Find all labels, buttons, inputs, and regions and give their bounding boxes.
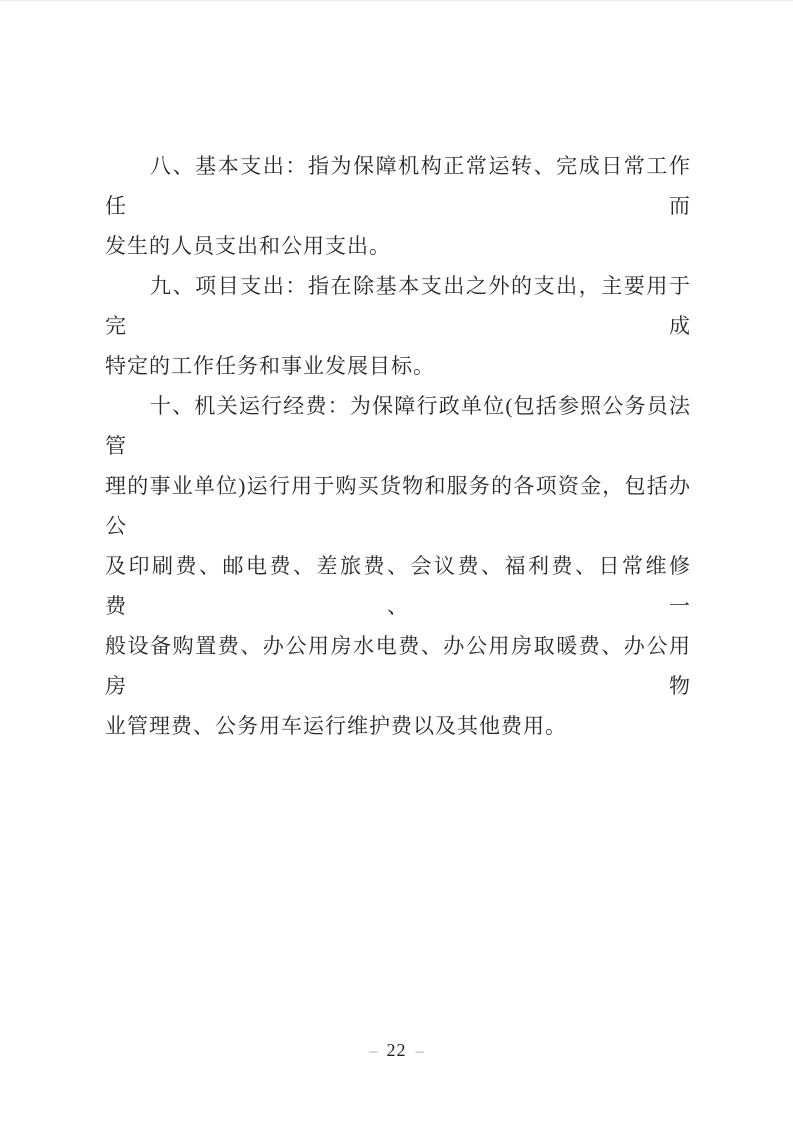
text-line-3: 九、项目支出：指在除基本支出之外的支出，主要用于完成 <box>105 266 691 346</box>
text-line-5: 十、机关运行经费：为保障行政单位(包括参照公务员法管 <box>105 386 691 466</box>
text-line-7: 及印刷费、邮电费、差旅费、会议费、福利费、日常维修费、一 <box>105 546 691 626</box>
text-line-1: 八、基本支出：指为保障机构正常运转、完成日常工作任而 <box>105 146 691 226</box>
page-footer: –22– <box>0 1038 793 1062</box>
page-number-dash-right: – <box>416 1041 425 1060</box>
text-line-8: 般设备购置费、办公用房水电费、办公用房取暖费、办公用房物 <box>105 626 691 706</box>
document-page: 八、基本支出：指为保障机构正常运转、完成日常工作任而 发生的人员支出和公用支出。… <box>0 0 793 1122</box>
text-line-6: 理的事业单位)运行用于购买货物和服务的各项资金，包括办公 <box>105 466 691 546</box>
page-number: 22 <box>387 1040 407 1060</box>
page-number-dash-left: – <box>369 1041 378 1060</box>
text-line-2: 发生的人员支出和公用支出。 <box>105 226 691 266</box>
document-body: 八、基本支出：指为保障机构正常运转、完成日常工作任而 发生的人员支出和公用支出。… <box>105 146 691 746</box>
text-line-4: 特定的工作任务和事业发展目标。 <box>105 346 691 386</box>
page-top-edge <box>0 0 793 1</box>
text-line-9: 业管理费、公务用车运行维护费以及其他费用。 <box>105 706 691 746</box>
